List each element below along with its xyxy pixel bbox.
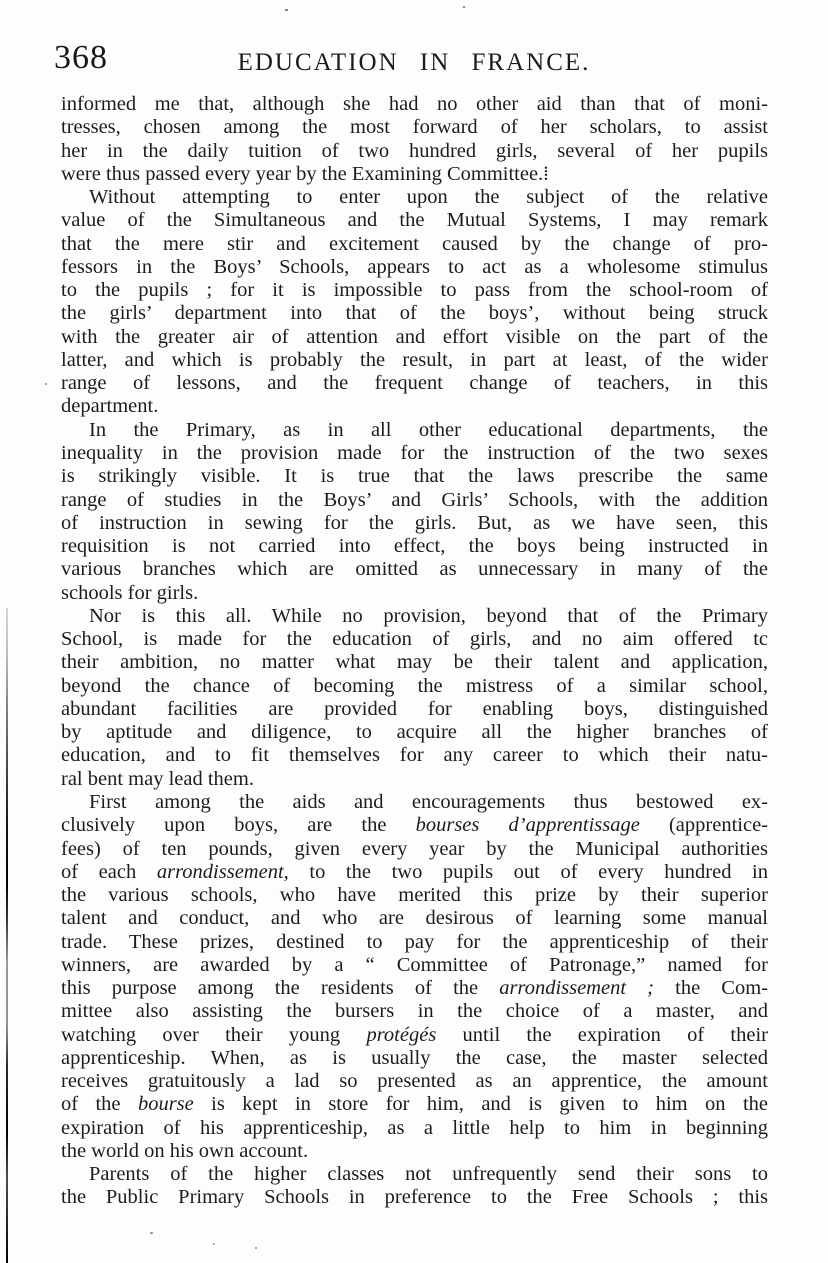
scanned-page: 368 EDUCATION IN FRANCE. informed me tha… (0, 0, 828, 1263)
text-line: the various schools, who have merited th… (61, 884, 768, 907)
paragraph: In the Primary, as in all other educatio… (61, 419, 768, 605)
text-line: In the Primary, as in all other educatio… (61, 419, 768, 442)
text-line: of instruction in sewing for the girls. … (61, 512, 768, 535)
text-line: their ambition, no matter what may be th… (61, 651, 768, 674)
text-line: were thus passed every year by the Exami… (61, 163, 768, 186)
text-line: requisition is not carried into effect, … (61, 535, 768, 558)
text-line: fessors in the Boys’ Schools, appears to… (61, 256, 768, 279)
text-line: receives gratuitously a lad so presented… (61, 1070, 768, 1093)
text-line: Nor is this all. While no provision, bey… (61, 605, 768, 628)
scan-speck (45, 383, 47, 385)
paragraph: informed me that, although she had no ot… (61, 93, 768, 186)
text-line: mittee also assisting the bursers in the… (61, 1000, 768, 1023)
text-line: value of the Simultaneous and the Mutual… (61, 209, 768, 232)
text-line: beyond the chance of becoming the mistre… (61, 675, 768, 698)
text-line: range of studies in the Boys’ and Girls’… (61, 489, 768, 512)
text-line: informed me that, although she had no ot… (61, 93, 768, 116)
text-line: Parents of the higher classes not unfreq… (61, 1163, 768, 1186)
text-line: talent and conduct, and who are desirous… (61, 907, 768, 930)
paragraph: Parents of the higher classes not unfreq… (61, 1163, 768, 1210)
scan-speck (463, 6, 465, 8)
text-line: School, is made for the education of gir… (61, 628, 768, 651)
text-line: this purpose among the residents of the … (61, 977, 768, 1000)
running-title: EDUCATION IN FRANCE. (0, 50, 828, 75)
text-line: department. (61, 395, 768, 418)
scan-speck (430, 146, 432, 148)
body-text: informed me that, although she had no ot… (61, 93, 768, 1210)
text-line: the Public Primary Schools in preference… (61, 1186, 768, 1209)
text-line: the girls’ department into that of the b… (61, 302, 768, 325)
text-line: range of lessons, and the frequent chang… (61, 372, 768, 395)
text-line: apprenticeship. When, as is usually the … (61, 1047, 768, 1070)
text-line: fees) of ten pounds, given every year by… (61, 838, 768, 861)
text-line: education, and to fit themselves for any… (61, 744, 768, 767)
text-line: of the bourse is kept in store for him, … (61, 1093, 768, 1116)
text-line: First among the aids and encouragements … (61, 791, 768, 814)
text-line: is strikingly visible. It is true that t… (61, 465, 768, 488)
text-line: watching over their young protégés until… (61, 1024, 768, 1047)
text-line: ral bent may lead them. (61, 768, 768, 791)
paragraph: Nor is this all. While no provision, bey… (61, 605, 768, 791)
text-line: that the mere stir and excitement caused… (61, 233, 768, 256)
scan-speck (255, 1247, 257, 1249)
text-line: various branches which are omitted as un… (61, 558, 768, 581)
paragraph: Without attempting to enter upon the sub… (61, 186, 768, 419)
scan-speck (285, 9, 288, 11)
paragraph: First among the aids and encouragements … (61, 791, 768, 1163)
text-line: winners, are awarded by a “ Committee of… (61, 954, 768, 977)
text-line: abundant facilities are provided for ena… (61, 698, 768, 721)
text-line: by aptitude and diligence, to acquire al… (61, 721, 768, 744)
scan-artifact-line (6, 608, 8, 1263)
text-line: tresses, chosen among the most forward o… (61, 116, 768, 139)
text-line: inequality in the provision made for the… (61, 442, 768, 465)
text-line: latter, and which is probably the result… (61, 349, 768, 372)
text-line: expiration of his apprenticeship, as a l… (61, 1117, 768, 1140)
text-line: the world on his own account. (61, 1140, 768, 1163)
text-line: of each arrondissement, to the two pupil… (61, 861, 768, 884)
text-line: schools for girls. (61, 582, 768, 605)
text-line: trade. These prizes, destined to pay for… (61, 931, 768, 954)
text-line: her in the daily tuition of two hundred … (61, 140, 768, 163)
scan-speck (150, 1232, 153, 1234)
scan-speck (213, 1243, 215, 1245)
text-line: with the greater air of attention and ef… (61, 326, 768, 349)
text-line: Without attempting to enter upon the sub… (61, 186, 768, 209)
text-line: clusively upon boys, are the bourses d’a… (61, 814, 768, 837)
text-line: to the pupils ; for it is impossible to … (61, 279, 768, 302)
